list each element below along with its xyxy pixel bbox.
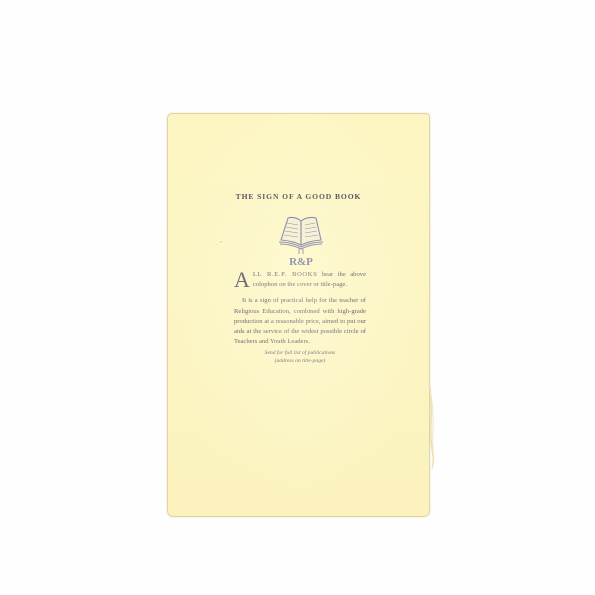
binding-string	[428, 380, 440, 470]
note-line-2: (address on title-page)	[275, 358, 326, 364]
note-line-1: Send for full list of publications	[265, 350, 336, 356]
publications-note: Send for full list of publications (addr…	[234, 350, 366, 365]
cover-heading: THE SIGN OF A GOOD BOOK	[168, 192, 429, 201]
colophon-monogram: R&P	[289, 256, 313, 268]
paragraph-lead: LL R.E.P. BOOKS	[253, 271, 317, 278]
paragraph-colophon: ALL R.E.P. BOOKS bear the above colophon…	[234, 270, 366, 290]
paper-speck	[216, 244, 217, 245]
open-book-icon: R&P	[276, 212, 326, 268]
drop-cap: A	[234, 271, 250, 289]
body-text: ALL R.E.P. BOOKS bear the above colophon…	[234, 270, 366, 365]
paper-speck	[220, 241, 222, 243]
back-cover-page: THE SIGN OF A GOOD BOOK R&P ALL R.E.P. B…	[167, 113, 430, 517]
paragraph-description: It is a sign of practical help for the t…	[234, 296, 366, 347]
product-photo: THE SIGN OF A GOOD BOOK R&P ALL R.E.P. B…	[0, 0, 595, 595]
